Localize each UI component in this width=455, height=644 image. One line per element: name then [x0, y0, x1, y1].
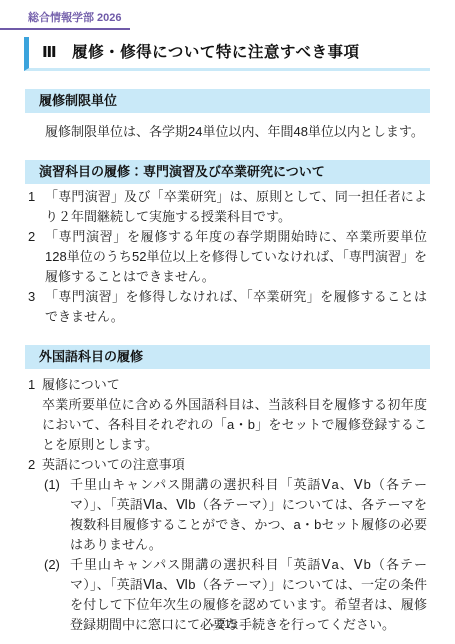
- list-item-lead: 英語についての注意事項: [42, 455, 427, 475]
- page-number: - 215 -: [0, 619, 455, 631]
- faculty-year-label: 総合情報学部 2026: [28, 12, 122, 24]
- list-item-text: 「専門演習」及び「卒業研究」は、原則として、同一担任者により２年間継続して実施す…: [45, 187, 427, 227]
- english-notes-sublist: (1) 千里山キャンパス開講の選択科目「英語Ⅴa、Ⅴb（各テーマ）」、「英語Ⅵa…: [42, 475, 427, 635]
- list-item-text: 「専門演習」を修得しなければ、「卒業研究」を履修することはできません。: [45, 287, 427, 327]
- list-item-body: 履修について 卒業所要単位に含める外国語科目は、当該科目を履修する初年度において…: [42, 375, 427, 455]
- list-item: 1 履修について 卒業所要単位に含める外国語科目は、当該科目を履修する初年度にお…: [28, 375, 427, 455]
- chapter-numeral: Ⅲ: [42, 44, 57, 61]
- section-heading-foreign-language: 外国語科目の履修: [25, 345, 430, 369]
- list-item-number: 1: [28, 375, 42, 395]
- section-heading-credit-limit: 履修制限単位: [25, 89, 430, 113]
- sub-item-marker: (1): [44, 475, 70, 495]
- list-item: 2 英語についての注意事項 (1) 千里山キャンパス開講の選択科目「英語Ⅴa、Ⅴ…: [28, 455, 427, 635]
- list-item-number: 3: [28, 287, 45, 307]
- list-item: 3 「専門演習」を修得しなければ、「卒業研究」を履修することはできません。: [28, 287, 427, 327]
- page-content: Ⅲ履修・修得について特に注意すべき事項 履修制限単位 履修制限単位は、各学期24…: [0, 37, 455, 635]
- seminar-notes-list: 1 「専門演習」及び「卒業研究」は、原則として、同一担任者により２年間継続して実…: [28, 187, 427, 327]
- document-page: 総合情報学部 2026 Ⅲ履修・修得について特に注意すべき事項 履修制限単位 履…: [0, 0, 455, 644]
- chapter-title-text: 履修・修得について特に注意すべき事項: [72, 44, 359, 61]
- sub-item-marker: (2): [44, 555, 70, 575]
- list-item: 2 「専門演習」を履修する年度の春学期開始時に、卒業所要単位128単位のうち52…: [28, 227, 427, 287]
- list-item-body: 英語についての注意事項 (1) 千里山キャンパス開講の選択科目「英語Ⅴa、Ⅴb（…: [42, 455, 427, 635]
- list-item-number: 1: [28, 187, 45, 207]
- list-item: 1 「専門演習」及び「卒業研究」は、原則として、同一担任者により２年間継続して実…: [28, 187, 427, 227]
- list-item-paragraph: 卒業所要単位に含める外国語科目は、当該科目を履修する初年度において、各科目それぞ…: [42, 395, 427, 455]
- section-heading-seminar: 演習科目の履修：専門演習及び卒業研究について: [25, 160, 430, 184]
- list-item-text: 「専門演習」を履修する年度の春学期開始時に、卒業所要単位128単位のうち52単位…: [45, 227, 427, 287]
- chapter-title: Ⅲ履修・修得について特に注意すべき事項: [24, 37, 430, 71]
- list-item-lead: 履修について: [42, 375, 427, 395]
- list-item-number: 2: [28, 227, 45, 247]
- sub-item-text: 千里山キャンパス開講の選択科目「英語Ⅴa、Ⅴb（各テーマ）」、「英語Ⅵa、Ⅵb（…: [70, 475, 427, 555]
- list-item-number: 2: [28, 455, 42, 475]
- faculty-year-header: 総合情報学部 2026: [0, 0, 130, 30]
- foreign-language-notes-list: 1 履修について 卒業所要単位に含める外国語科目は、当該科目を履修する初年度にお…: [28, 375, 427, 635]
- sub-list-item: (1) 千里山キャンパス開講の選択科目「英語Ⅴa、Ⅴb（各テーマ）」、「英語Ⅵa…: [44, 475, 427, 555]
- credit-limit-paragraph: 履修制限単位は、各学期24単位以内、年間48単位以内とします。: [45, 122, 430, 142]
